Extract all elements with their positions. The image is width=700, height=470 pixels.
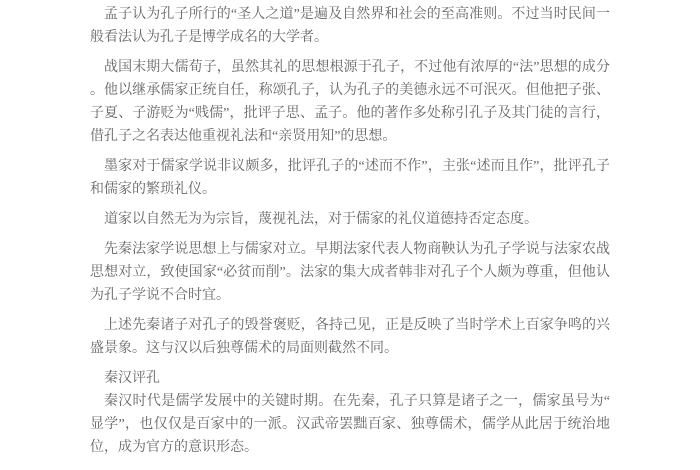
paragraph-preqin-summary: 上述先秦诸子对孔子的毁誉褒贬，各持己见，正是反映了当时学术上百家争鸣的兴盛景象。… [90,314,610,360]
paragraph-legalist-evaluation: 先秦法家学说思想上与儒家对立。早期法家代表人物商鞅认为孔子学说与法家农战思想对立… [90,238,610,307]
document-page: 孟子认为孔子所行的“圣人之道”是遍及自然界和社会的至高准则。不过当时民间一般看法… [90,3,610,466]
paragraph-qinhan-era: 秦汉时代是儒学发展中的关键时期。在先秦，孔子只算是诸子之一，儒家虽号为“显学”，… [90,390,610,459]
paragraph-mohist-evaluation: 墨家对于儒家学说非议颇多，批评孔子的“述而不作”，主张“述而且作”，批评孔子和儒… [90,155,610,201]
paragraph-daoist-evaluation: 道家以自然无为为宗旨，蔑视礼法，对于儒家的礼仪道德持否定态度。 [90,208,610,231]
paragraph-xunzi-evaluation: 战国末期大儒荀子，虽然其礼的思想根源于孔子，不过他有浓厚的“法”思想的成分。他以… [90,56,610,148]
section-heading-qinhan: 秦汉评孔 [90,367,610,390]
paragraph-mengzi-evaluation: 孟子认为孔子所行的“圣人之道”是遍及自然界和社会的至高准则。不过当时民间一般看法… [90,3,610,49]
